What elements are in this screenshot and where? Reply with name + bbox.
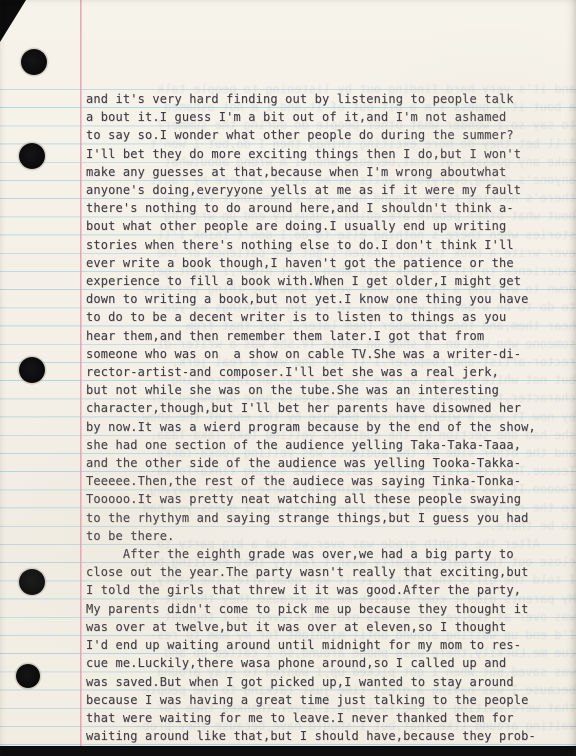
scan-edge-bottom — [0, 746, 576, 756]
notebook-page: and it's very hard finding out by listen… — [0, 0, 576, 756]
scan-corner-black — [0, 0, 26, 42]
punch-hole — [21, 49, 47, 75]
punch-hole — [19, 357, 45, 383]
punch-hole — [16, 664, 40, 688]
punch-hole — [19, 569, 45, 595]
punch-hole — [19, 143, 45, 169]
margin-line — [80, 0, 82, 746]
typed-text: and it's very hard finding out by listen… — [86, 90, 536, 745]
